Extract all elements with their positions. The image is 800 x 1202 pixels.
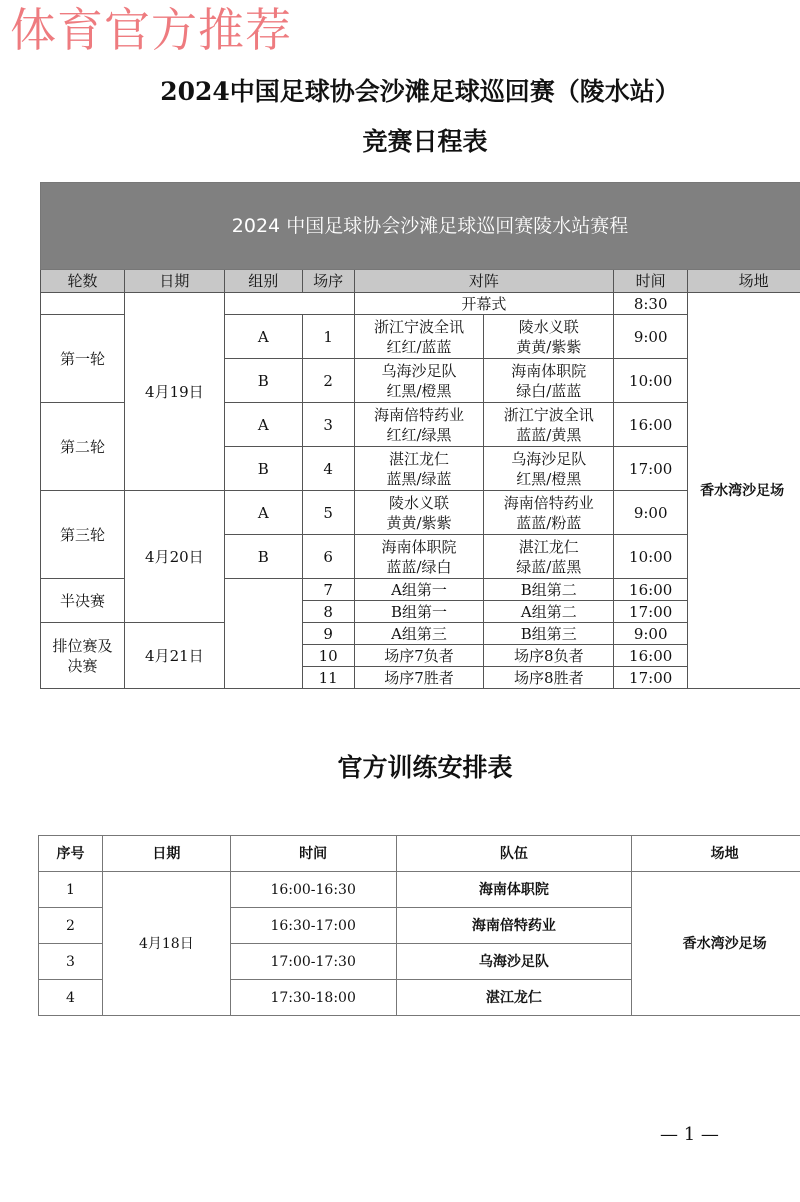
- venue-cell: 香水湾沙足场: [632, 872, 800, 1016]
- time-cell: 10:00: [614, 535, 688, 579]
- opening-ceremony: 开幕式: [354, 293, 614, 315]
- match-no-cell: 8: [302, 601, 354, 623]
- time-cell: 8:30: [614, 293, 688, 315]
- round-cell: 第一轮: [41, 315, 125, 403]
- match-no-cell: 3: [302, 403, 354, 447]
- home-team-cell: 乌海沙足队红黑/橙黑: [354, 359, 484, 403]
- schedule-banner: 2024 中国足球协会沙滩足球巡回赛陵水站赛程: [41, 183, 800, 270]
- document-subtitle: 竞赛日程表: [0, 122, 800, 158]
- kit-colors: 蓝黑/绿蓝: [355, 469, 484, 489]
- time-cell: 9:00: [614, 315, 688, 359]
- kit-colors: 红黑/橙黑: [355, 381, 484, 401]
- round-cell: 排位赛及决赛: [41, 623, 125, 689]
- away-team-cell: 海南体职院绿白/蓝蓝: [484, 359, 614, 403]
- match-no-cell: 4: [302, 447, 354, 491]
- time-cell: 9:00: [614, 491, 688, 535]
- group-cell: B: [224, 535, 302, 579]
- home-team-cell: 浙江宁波全讯红红/蓝蓝: [354, 315, 484, 359]
- header-round: 轮数: [41, 270, 125, 293]
- team-name: 乌海沙足队: [355, 361, 484, 381]
- home-team-cell: 湛江龙仁蓝黑/绿蓝: [354, 447, 484, 491]
- round-cell: 第二轮: [41, 403, 125, 491]
- team-cell: 湛江龙仁: [396, 980, 632, 1016]
- team-name: 陵水义联: [355, 493, 484, 513]
- group-cell: B: [224, 359, 302, 403]
- group-cell: A: [224, 315, 302, 359]
- header-venue: 场地: [688, 270, 800, 293]
- header-date: 日期: [124, 270, 224, 293]
- away-team-cell: 乌海沙足队红黑/橙黑: [484, 447, 614, 491]
- kit-colors: 蓝蓝/绿白: [355, 557, 484, 577]
- away-team-cell: 场序8负者: [484, 645, 614, 667]
- team-name: 浙江宁波全讯: [355, 317, 484, 337]
- team-name: 乌海沙足队: [484, 449, 613, 469]
- away-team-cell: 湛江龙仁绿蓝/蓝黑: [484, 535, 614, 579]
- header-seq: 序号: [39, 836, 103, 872]
- kit-colors: 红红/蓝蓝: [355, 337, 484, 357]
- time-cell: 16:30-17:00: [230, 908, 396, 944]
- training-schedule-table: 序号 日期 时间 队伍 场地 1 4月18日 16:00-16:30 海南体职院…: [38, 835, 800, 1016]
- home-team-cell: 场序7胜者: [354, 667, 484, 689]
- time-cell: 16:00: [614, 579, 688, 601]
- seq-cell: 3: [39, 944, 103, 980]
- team-cell: 海南体职院: [396, 872, 632, 908]
- time-cell: 16:00-16:30: [230, 872, 396, 908]
- match-no-cell: 5: [302, 491, 354, 535]
- kit-colors: 黄黄/紫紫: [355, 513, 484, 533]
- home-team-cell: 场序7负者: [354, 645, 484, 667]
- team-name: 湛江龙仁: [484, 537, 613, 557]
- header-matchup: 对阵: [354, 270, 614, 293]
- venue-cell: 香水湾沙足场: [688, 293, 800, 689]
- kit-colors: 绿蓝/蓝黑: [484, 557, 613, 577]
- kit-colors: 绿白/蓝蓝: [484, 381, 613, 401]
- home-team-cell: B组第一: [354, 601, 484, 623]
- kit-colors: 蓝蓝/粉蓝: [484, 513, 613, 533]
- header-venue: 场地: [632, 836, 800, 872]
- match-no-cell: 9: [302, 623, 354, 645]
- date-cell: 4月18日: [102, 872, 230, 1016]
- competition-schedule-table: 2024 中国足球协会沙滩足球巡回赛陵水站赛程 轮数 日期 组别 场序 对阵 时…: [40, 182, 800, 689]
- match-no-cell: 7: [302, 579, 354, 601]
- date-cell: 4月20日: [124, 491, 224, 623]
- time-cell: 16:00: [614, 645, 688, 667]
- away-team-cell: 陵水义联黄黄/紫紫: [484, 315, 614, 359]
- watermark: 体育官方推荐: [10, 0, 292, 60]
- match-no-cell: 1: [302, 315, 354, 359]
- away-team-cell: B组第二: [484, 579, 614, 601]
- kit-colors: 蓝蓝/黄黑: [484, 425, 613, 445]
- time-cell: 9:00: [614, 623, 688, 645]
- round-cell: 第三轮: [41, 491, 125, 579]
- home-team-cell: A组第三: [354, 623, 484, 645]
- round-label: 排位赛及决赛: [51, 636, 114, 676]
- kit-colors: 黄黄/紫紫: [484, 337, 613, 357]
- match-no-cell: 6: [302, 535, 354, 579]
- training-title: 官方训练安排表: [0, 748, 800, 784]
- team-name: 海南倍特药业: [484, 493, 613, 513]
- time-cell: 17:00: [614, 667, 688, 689]
- empty-cell: [224, 293, 354, 315]
- header-team: 队伍: [396, 836, 632, 872]
- match-no-cell: 11: [302, 667, 354, 689]
- team-name: 浙江宁波全讯: [484, 405, 613, 425]
- away-team-cell: 场序8胜者: [484, 667, 614, 689]
- time-cell: 16:00: [614, 403, 688, 447]
- match-no-cell: 2: [302, 359, 354, 403]
- date-cell: 4月21日: [124, 623, 224, 689]
- document-title: 2024中国足球协会沙滩足球巡回赛（陵水站）: [0, 72, 800, 108]
- time-cell: 17:00-17:30: [230, 944, 396, 980]
- team-name: 海南体职院: [484, 361, 613, 381]
- team-name: 湛江龙仁: [355, 449, 484, 469]
- date-cell: 4月19日: [124, 293, 224, 491]
- header-date: 日期: [102, 836, 230, 872]
- home-team-cell: 海南体职院蓝蓝/绿白: [354, 535, 484, 579]
- time-cell: 17:30-18:00: [230, 980, 396, 1016]
- match-no-cell: 10: [302, 645, 354, 667]
- page-number: — 1 —: [660, 1124, 719, 1145]
- away-team-cell: 浙江宁波全讯蓝蓝/黄黑: [484, 403, 614, 447]
- team-cell: 乌海沙足队: [396, 944, 632, 980]
- empty-cell: [41, 293, 125, 315]
- document-page: 体育官方推荐 2024中国足球协会沙滩足球巡回赛（陵水站） 竞赛日程表 2024…: [0, 0, 800, 1202]
- home-team-cell: 海南倍特药业红红/绿黑: [354, 403, 484, 447]
- group-cell: A: [224, 403, 302, 447]
- away-team-cell: A组第二: [484, 601, 614, 623]
- time-cell: 10:00: [614, 359, 688, 403]
- kit-colors: 红黑/橙黑: [484, 469, 613, 489]
- away-team-cell: 海南倍特药业蓝蓝/粉蓝: [484, 491, 614, 535]
- team-name: 海南体职院: [355, 537, 484, 557]
- header-time: 时间: [230, 836, 396, 872]
- team-name: 海南倍特药业: [355, 405, 484, 425]
- home-team-cell: A组第一: [354, 579, 484, 601]
- away-team-cell: B组第三: [484, 623, 614, 645]
- home-team-cell: 陵水义联黄黄/紫紫: [354, 491, 484, 535]
- header-time: 时间: [614, 270, 688, 293]
- header-match-no: 场序: [302, 270, 354, 293]
- seq-cell: 4: [39, 980, 103, 1016]
- header-group: 组别: [224, 270, 302, 293]
- empty-group-cell: [224, 579, 302, 689]
- group-cell: B: [224, 447, 302, 491]
- team-name: 陵水义联: [484, 317, 613, 337]
- seq-cell: 1: [39, 872, 103, 908]
- team-cell: 海南倍特药业: [396, 908, 632, 944]
- time-cell: 17:00: [614, 601, 688, 623]
- seq-cell: 2: [39, 908, 103, 944]
- group-cell: A: [224, 491, 302, 535]
- round-cell: 半决赛: [41, 579, 125, 623]
- time-cell: 17:00: [614, 447, 688, 491]
- kit-colors: 红红/绿黑: [355, 425, 484, 445]
